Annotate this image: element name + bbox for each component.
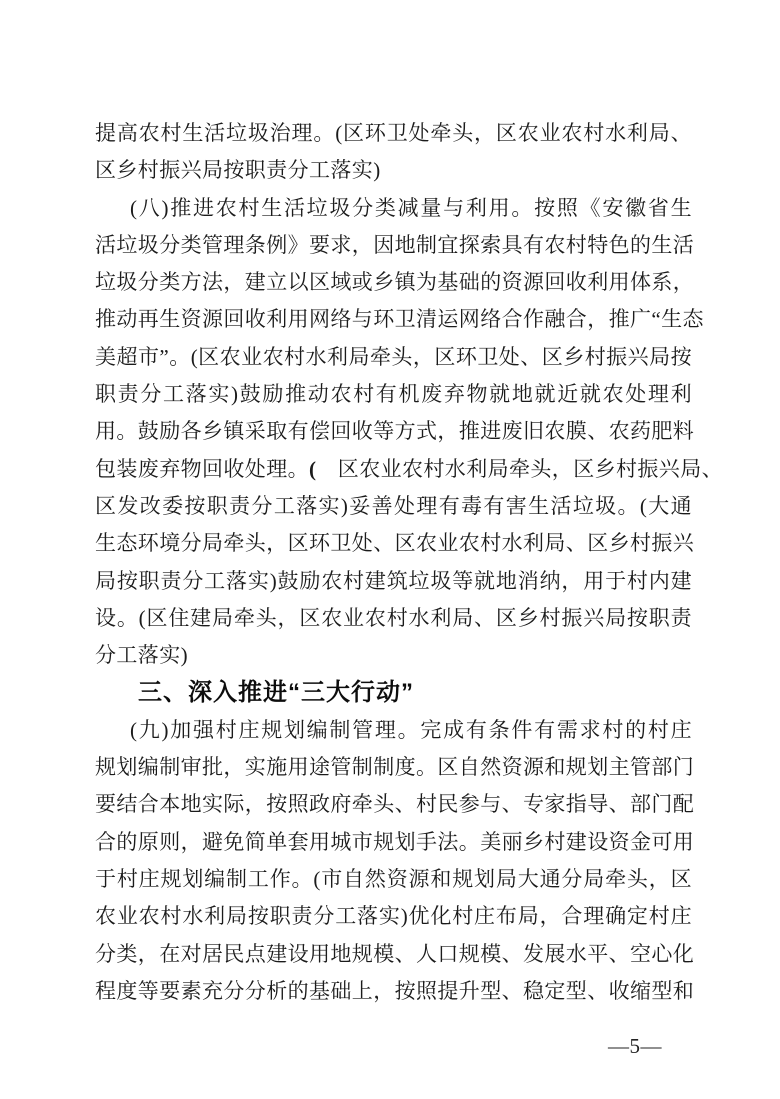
text-line: (九)加强村庄规划编制管理。完成有条件有需求村的村庄: [95, 712, 692, 749]
text-line: 区发改委按职责分工落实)妥善处理有毒有害生活垃圾。(大通: [95, 488, 692, 525]
text-line: 局按职责分工落实)鼓励农村建筑垃圾等就地消纳，用于村内建: [95, 563, 692, 600]
text-line: 分类，在对居民点建设用地规模、人口规模、发展水平、空心化: [95, 936, 692, 973]
text-line: 垃圾分类方法，建立以区域或乡镇为基础的资源回收利用体系，: [95, 264, 692, 301]
text-line: 合的原则，避免简单套用城市规划手法。美丽乡村建设资金可用: [95, 824, 692, 861]
section-heading: 三、深入推进“三大行动”: [95, 674, 692, 711]
text-line: 用。鼓励各乡镇采取有偿回收等方式，推进废旧农膜、农药肥料: [95, 413, 692, 450]
text-line: (八)推进农村生活垃圾分类减量与利用。按照《安徽省生: [95, 190, 692, 227]
text-line: 提高农村生活垃圾治理。(区环卫处牵头，区农业农村水利局、: [95, 115, 692, 152]
text-line: 分工落实): [95, 637, 692, 674]
page-number: —5—: [608, 1034, 662, 1059]
text-line: 规划编制审批，实施用途管制制度。区自然资源和规划主管部门: [95, 749, 692, 786]
text-line: 职责分工落实)鼓励推动农村有机废弃物就地就近就农处理利: [95, 376, 692, 413]
text-line: 生态环境分局牵头，区环卫处、区农业农村水利局、区乡村振兴: [95, 525, 692, 562]
text-line: 程度等要素充分分析的基础上，按照提升型、稳定型、收缩型和: [95, 973, 692, 1010]
text-line: 农业农村水利局按职责分工落实)优化村庄布局，合理确定村庄: [95, 898, 692, 935]
document-page: 提高农村生活垃圾治理。(区环卫处牵头，区农业农村水利局、区乡村振兴局按职责分工落…: [0, 0, 780, 1099]
text-line: 区乡村振兴局按职责分工落实): [95, 152, 692, 189]
text-line: 要结合本地实际，按照政府牵头、村民参与、专家指导、部门配: [95, 786, 692, 823]
text-line: 包装废弃物回收处理。( 区农业农村水利局牵头，区乡村振兴局、: [95, 451, 692, 488]
text-line: 活垃圾分类管理条例》要求，因地制宜探索具有农村特色的生活: [95, 227, 692, 264]
text-segment: 包装废弃物回收处理。: [95, 457, 309, 481]
text-segment: 区农业农村水利局牵头，区乡村振兴局、: [316, 457, 723, 481]
document-body: 提高农村生活垃圾治理。(区环卫处牵头，区农业农村水利局、区乡村振兴局按职责分工落…: [95, 115, 692, 1010]
text-line: 推动再生资源回收利用网络与环卫清运网络合作融合，推广“生态: [95, 301, 692, 338]
text-line: 设。(区住建局牵头，区农业农村水利局、区乡村振兴局按职责: [95, 600, 692, 637]
text-line: 美超市”。(区农业农村水利局牵头，区环卫处、区乡村振兴局按: [95, 339, 692, 376]
text-line: 于村庄规划编制工作。(市自然资源和规划局大通分局牵头，区: [95, 861, 692, 898]
